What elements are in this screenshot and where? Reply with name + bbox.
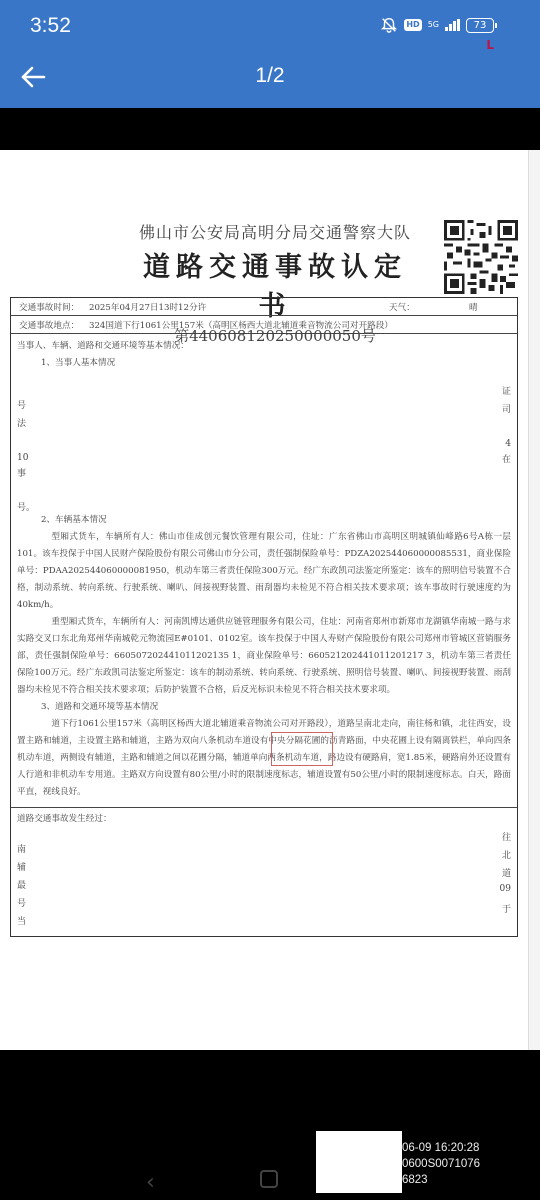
fragment: 于 <box>502 902 511 915</box>
party-info-redacted: 号 法 10 事 号。 证 司 4 在 <box>17 372 511 512</box>
watermark-line: 06-09 16:20:28 <box>402 1140 480 1156</box>
battery-level: 73 <box>474 20 487 31</box>
accident-time-label: 交通事故时间： <box>19 301 89 313</box>
fragment: 号。 <box>17 500 35 517</box>
accident-place-row: 交通事故地点： 324国道下行1061公里157米（高明区杨西大道北辅道乘音物流… <box>11 316 517 334</box>
vehicle-1-paragraph: 型厢式货车，车辆所有人：佛山市佳成创元餐饮管理有限公司，住址：广东省佛山市高明区… <box>17 529 511 614</box>
qr-code-icon <box>442 220 520 294</box>
accident-process-section: 道路交通事故发生经过： 南 辅 最 号 当 往 北 道 09 于 <box>11 808 517 936</box>
signal-bars-icon <box>445 19 460 31</box>
fragment: 辅 <box>17 860 26 873</box>
fragment: 10 <box>17 450 28 467</box>
accident-place-label: 交通事故地点： <box>19 319 89 331</box>
app-header: 3:52 HD 5G 73 L 1/2 <box>0 0 540 108</box>
battery-icon: 73 <box>466 18 494 33</box>
road-info-heading: 3、道路和交通环境等基本情况 <box>17 699 511 716</box>
weather-label: 天气： <box>389 301 469 313</box>
page-indicator: 1/2 <box>0 64 540 88</box>
accident-time-value: 2025年04月27日13时12分许 <box>89 301 389 313</box>
page-edge <box>528 150 540 1050</box>
fragment: 号 <box>17 896 26 909</box>
document-image[interactable]: 佛山市公安局高明分局交通警察大队 道路交通事故认定书 第440608120250… <box>0 150 540 1050</box>
red-annotation-box <box>271 732 333 766</box>
fragment: 法 <box>17 416 26 433</box>
watermark-line: 0600S0071076 <box>402 1156 480 1172</box>
status-indicator: L <box>486 38 494 52</box>
vehicle-info-heading: 2、车辆基本情况 <box>17 512 511 529</box>
basic-situation-heading: 当事人、车辆、道路和交通环境等基本情况： <box>17 338 511 355</box>
fragment: 证 <box>502 384 511 401</box>
fragment: 事 <box>17 466 26 483</box>
redaction-block <box>316 1131 402 1193</box>
hd-icon: HD <box>404 19 421 31</box>
weather-value: 晴 <box>469 301 509 313</box>
fragment: 当 <box>17 914 26 927</box>
accident-place-value: 324国道下行1061公里157米（高明区杨西大道北辅道乘音物流公司对开路段） <box>89 319 509 331</box>
fragment: 司 <box>502 402 511 419</box>
fragment: 09 <box>500 884 511 894</box>
issuing-org: 佛山市公安局高明分局交通警察大队 <box>130 220 420 243</box>
fragment: 往 <box>502 830 511 843</box>
nav-back-icon[interactable]: ‹ <box>146 1170 155 1195</box>
road-info-text: 道下行1061公里157米（高明区杨西大道北辅道乘音物流公司对开路段），道路呈南… <box>17 719 511 797</box>
accident-process-heading: 道路交通事故发生经过： <box>17 812 511 824</box>
watermark-line: 6823 <box>402 1172 480 1188</box>
fragment: 南 <box>17 842 26 855</box>
watermark: 06-09 16:20:28 0600S0071076 6823 <box>402 1140 480 1188</box>
network-label: 5G <box>428 21 439 29</box>
mute-bell-icon <box>380 16 398 34</box>
5g-signal-icon: 5G <box>428 21 439 29</box>
fragment: 在 <box>502 452 511 469</box>
basic-situation-section: 当事人、车辆、道路和交通环境等基本情况： 1、当事人基本情况 号 法 10 事 … <box>11 334 517 808</box>
accident-time-row: 交通事故时间： 2025年04月27日13时12分许 天气： 晴 <box>11 298 517 316</box>
road-info-paragraph: 道下行1061公里157米（高明区杨西大道北辅道乘音物流公司对开路段），道路呈南… <box>17 716 511 801</box>
nav-home-icon[interactable] <box>260 1170 278 1188</box>
accident-report-table: 交通事故时间： 2025年04月27日13时12分许 天气： 晴 交通事故地点：… <box>10 297 518 937</box>
fragment: 4 <box>505 436 511 453</box>
fragment: 北 <box>502 848 511 861</box>
fragment: 最 <box>17 878 26 891</box>
fragment: 道 <box>502 866 511 879</box>
status-time: 3:52 <box>30 14 71 38</box>
fragment: 号 <box>17 398 26 415</box>
party-info-heading: 1、当事人基本情况 <box>17 355 511 372</box>
vehicle-2-paragraph: 重型厢式货车，车辆所有人：河南凯博达通供应链管理服务有限公司，住址：河南省郑州市… <box>17 614 511 699</box>
status-icons: HD 5G 73 <box>380 16 494 34</box>
